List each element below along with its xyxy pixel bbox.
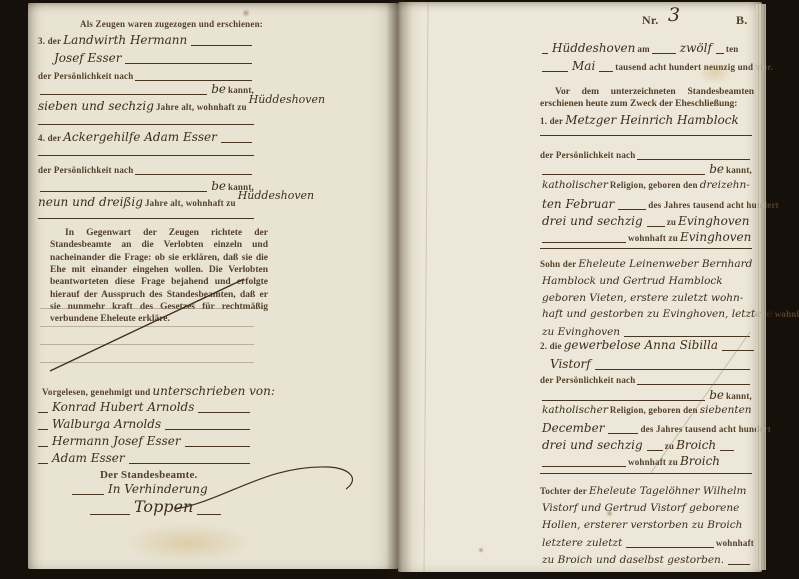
witness-4-residence: Hüddeshoven [236,190,316,201]
bekannt-handwritten: be [707,389,726,401]
rule-line [626,536,714,548]
bride-parents-row-1: Tochter der Eheleute Tagelöhner Wilhelm [540,486,754,497]
groom-bekannt-row: be kannt, [540,163,752,175]
witness-3-identity-row: der Persönlichkeit nach [38,69,254,81]
stain [478,547,484,553]
ceremony-paragraph: In Gegenwart der Zeugen richtete der Sta… [50,227,268,326]
bekannt-label: kannt, [726,165,752,175]
groom-parents-line2: Hamblock und Gertrud Hamblock [540,276,725,287]
witness-3-row-2: Josef Esser [52,52,254,64]
bride-birthday-part2: December [540,422,606,434]
zu-label: zu [665,441,674,451]
stain [123,523,253,563]
tochter-der-label: Tochter der [540,486,587,496]
bride-birthyear-row: drei und sechzig zu Broich [540,439,752,451]
persoenlichkeit-label: der Persönlichkeit nach [540,150,635,160]
faint-rule [40,344,254,345]
signature-3: Hermann Josef Esser [50,435,183,447]
witness-3-bekannt-row: be kannt, [38,83,254,95]
form-letter: B. [736,14,747,28]
rule-line [185,435,250,447]
register-book-spread: Als Zeugen waren zugezogen und erschiene… [0,0,799,579]
groom-row: 1. der Metzger Heinrich Hamblock [540,114,752,126]
rule-line [618,198,646,210]
bride-parents-row-4: letztere zuletzt wohnhaft [540,536,754,548]
wohnhaft-zu-label: wohnhaft zu [628,233,678,243]
rule-line [135,69,252,81]
witness-3-name-part2: Josef Esser [52,52,123,64]
groom-parents-line3: geboren Vieten, erstere zuletzt wohn- [540,293,745,304]
rule-line [38,218,254,219]
nr-label: Nr. [642,14,659,28]
date-row-2: Mai tausend acht hundert neunzig und vie… [540,60,752,72]
right-page: Nr. 3 B. Hüddeshoven am zwölf ten Mai ta… [398,2,762,572]
rule-line [197,503,221,515]
rule-line [90,503,130,515]
groom-residence: Evinghoven [678,231,753,243]
groom-number: 1. der [540,116,563,126]
bride-parents-line1: Eheleute Tagelöhner Wilhelm [587,486,749,497]
rule-line [135,163,252,175]
rule-line [637,148,750,160]
rule-line [38,452,48,464]
groom-identity-row: der Persönlichkeit nach [540,148,752,160]
witness-4-age: neun und dreißig [36,196,145,208]
witness-3-name-part1: Landwirth Hermann [61,34,189,46]
bride-bekannt-row: be kannt, [540,389,752,401]
standesbeamte-row: Der Standesbeamte. [100,469,198,482]
bride-birthyear: drei und sechzig [540,439,645,451]
signature-4: Adam Esser [50,452,127,464]
official-signature: Toppen [132,499,195,515]
groom-parents-line1: Eheleute Leinenweber Bernhard [576,259,754,270]
persoenlichkeit-label: der Persönlichkeit nach [38,71,133,81]
groom-residence-row: wohnhaft zu Evinghoven [540,231,752,243]
vertretung-row: In Verhinderung [70,483,240,495]
bride-birthmonth-row: December des Jahres tausend acht hundert [540,422,752,434]
bekannt-label: kannt, [726,391,752,401]
rule-line [540,135,752,136]
record-place: Hüddeshoven [550,42,637,54]
age-label: Jahre alt, wohnhaft zu [145,198,236,208]
rule-line [165,418,250,430]
rule-line [540,473,752,474]
rule-line [38,124,254,125]
rule-line [129,452,250,464]
bride-parents-row-2: Vistorf und Gertrud Vistorf geborene [540,503,752,514]
rule-line [221,131,252,143]
witness-3-number: 3. der [38,36,61,46]
groom-parents-row-5: zu Evinghoven [540,325,752,337]
witness-4-age-row: neun und dreißig Jahre alt, wohnhaft zu … [36,196,274,208]
rule-line [540,248,752,249]
rule-line [595,358,750,370]
sohn-der-label: Sohn der [540,259,576,269]
rule-line [38,435,48,447]
vorgelesen-label: Vorgelesen, genehmigt und [42,387,150,397]
bekannt-handwritten: be [209,83,228,95]
witnesses-heading-text: Als Zeugen waren zugezogen und erschiene… [80,19,263,29]
groom-parents-row-4: haft und gestorben zu Evinghoven, letzte… [540,309,754,320]
bride-parents-line4: letztere zuletzt [540,538,624,549]
rule-line [647,215,665,227]
witnesses-heading: Als Zeugen waren zugezogen und erschiene… [80,19,263,29]
rule-line [125,52,252,64]
groom-name: Metzger Heinrich Hamblock [563,114,741,126]
persoenlichkeit-label: der Persönlichkeit nach [38,165,133,175]
stain [242,9,250,17]
rule-line [728,553,750,565]
bekannt-handwritten: be [707,163,726,175]
bride-birthday-part1: siebenten [698,405,754,416]
rule-line [38,155,254,156]
bekannt-handwritten: be [209,180,228,192]
signature-row: Adam Esser [36,452,252,464]
faint-rule [40,326,254,327]
groom-birthday-part1: dreizehn- [698,180,752,191]
faint-rule [40,362,254,363]
record-day: zwölf [678,42,714,54]
bride-religion-row: katholischer Religion, geboren den siebe… [540,405,754,416]
bride-row: 2. die gewerbelose Anna Sibilla [540,339,752,351]
am-label: am [637,44,649,54]
rule-line [542,231,626,243]
rule-line [38,418,48,430]
rule-line [40,83,207,95]
official-signature-row: Toppen [88,499,268,515]
witness-3-row-1: 3. der Landwirth Hermann [38,34,254,46]
rule-line [542,42,548,54]
record-month: Mai [570,60,597,72]
witness-3-age-row: sieben und sechzig Jahre alt, wohnhaft z… [36,100,274,112]
rule-line [191,34,252,46]
rule-line [542,60,568,72]
bride-surname-row: Vistorf [548,358,752,370]
groom-parents-row-1: Sohn der Eheleute Leinenweber Bernhard [540,259,754,270]
groom-birthplace: Evinghoven [676,215,751,227]
bride-name-part1: gewerbelose Anna Sibilla [562,339,720,351]
rule-line [608,422,638,434]
bride-parents-row-5: zu Broich und daselbst gestorben. [540,553,752,565]
rule-line [716,42,724,54]
left-page: Als Zeugen waren zugezogen und erschiene… [28,3,398,569]
date-row-1: Hüddeshoven am zwölf ten [540,42,752,54]
witness-3-age: sieben und sechzig [36,100,156,112]
groom-parents-line5: zu Evinghoven [540,327,622,338]
rule-line [720,439,734,451]
bride-parents-line2: Vistorf und Gertrud Vistorf geborene [540,503,741,514]
bride-number: 2. die [540,341,562,351]
wohnhaft-zu-label: wohnhaft zu [628,457,678,467]
bride-birthplace: Broich [674,439,718,451]
rule-line [722,339,754,351]
groom-parents-row-2: Hamblock und Gertrud Hamblock [540,276,752,287]
rule-line [72,483,104,495]
year-of-label: des Jahres tausend acht hundert [640,424,771,434]
signature-row: Hermann Josef Esser [36,435,252,447]
book-gutter-shadow [386,0,412,579]
zu-label: zu [667,217,676,227]
signature-row: Konrad Hubert Arnolds [36,401,252,413]
vorgelesen-row: Vorgelesen, genehmigt und unterschrieben… [42,385,277,397]
bride-identity-row: der Persönlichkeit nach [540,373,752,385]
rule-line [542,389,705,401]
rule-line [40,180,207,192]
signature-2: Walburga Arnolds [50,418,163,430]
groom-religion-row: katholischer Religion, geboren den dreiz… [540,180,754,191]
vertretung-handwritten: In Verhinderung [106,483,210,495]
record-number: 3 [666,6,682,25]
wohnhaft-label: wohnhaft [775,309,799,319]
witness-4-identity-row: der Persönlichkeit nach [38,163,254,175]
witness-4-name: Ackergehilfe Adam Esser [61,131,219,143]
rule-line [198,401,250,413]
bride-parents-row-3: Hollen, ersterer verstorben zu Broich [540,520,752,531]
groom-birthday-part2: ten Februar [540,198,616,210]
bride-name-part2: Vistorf [548,358,593,370]
rule-line [652,42,676,54]
bride-residence: Broich [678,455,722,467]
groom-parents-row-3: geboren Vieten, erstere zuletzt wohn- [540,293,752,304]
year-label: tausend acht hundert neunzig und vier. [615,62,773,72]
bride-religion: katholischer [540,405,610,416]
page-stack-edge [756,4,766,570]
groom-birthmonth-row: ten Februar des Jahres tausend acht hund… [540,198,752,210]
ten-label: ten [726,44,739,54]
signature-row: Walburga Arnolds [36,418,252,430]
wohnhaft-label: wohnhaft [716,538,754,548]
rule-line [637,373,750,385]
standesbeamte-label: Der Standesbeamte. [100,469,198,482]
religion-label: Religion, geboren den [610,405,698,415]
bride-parents-line3: Hollen, ersterer verstorben zu Broich [540,520,744,531]
groom-religion: katholischer [540,180,610,191]
bride-parents-line5: zu Broich und daselbst gestorben. [540,555,726,566]
persoenlichkeit-label: der Persönlichkeit nach [540,375,635,385]
signature-1: Konrad Hubert Arnolds [50,401,196,413]
rule-line [624,325,750,337]
rule-line [542,455,626,467]
rule-line [647,439,663,451]
intro-paragraph: Vor dem unterzeichneten Standesbeamten e… [540,86,754,111]
religion-label: Religion, geboren den [610,180,698,190]
witness-4-number: 4. der [38,133,61,143]
age-label: Jahre alt, wohnhaft zu [156,102,247,112]
faint-rule [40,308,254,309]
rule-line [38,401,48,413]
groom-parents-line4: haft und gestorben zu Evinghoven, letzte… [540,309,775,320]
bride-residence-row: wohnhaft zu Broich [540,455,752,467]
rule-line [542,163,705,175]
rule-line [599,60,613,72]
groom-birthyear: drei und sechzig [540,215,645,227]
witness-3-residence: Hüddeshoven [247,94,327,105]
witness-4-row: 4. der Ackergehilfe Adam Esser [38,131,254,143]
witness-4-bekannt-row: be kannt, [38,180,254,192]
unterschrieben-handwritten: unterschrieben von: [150,385,277,397]
groom-birthyear-row: drei und sechzig zu Evinghoven [540,215,752,227]
